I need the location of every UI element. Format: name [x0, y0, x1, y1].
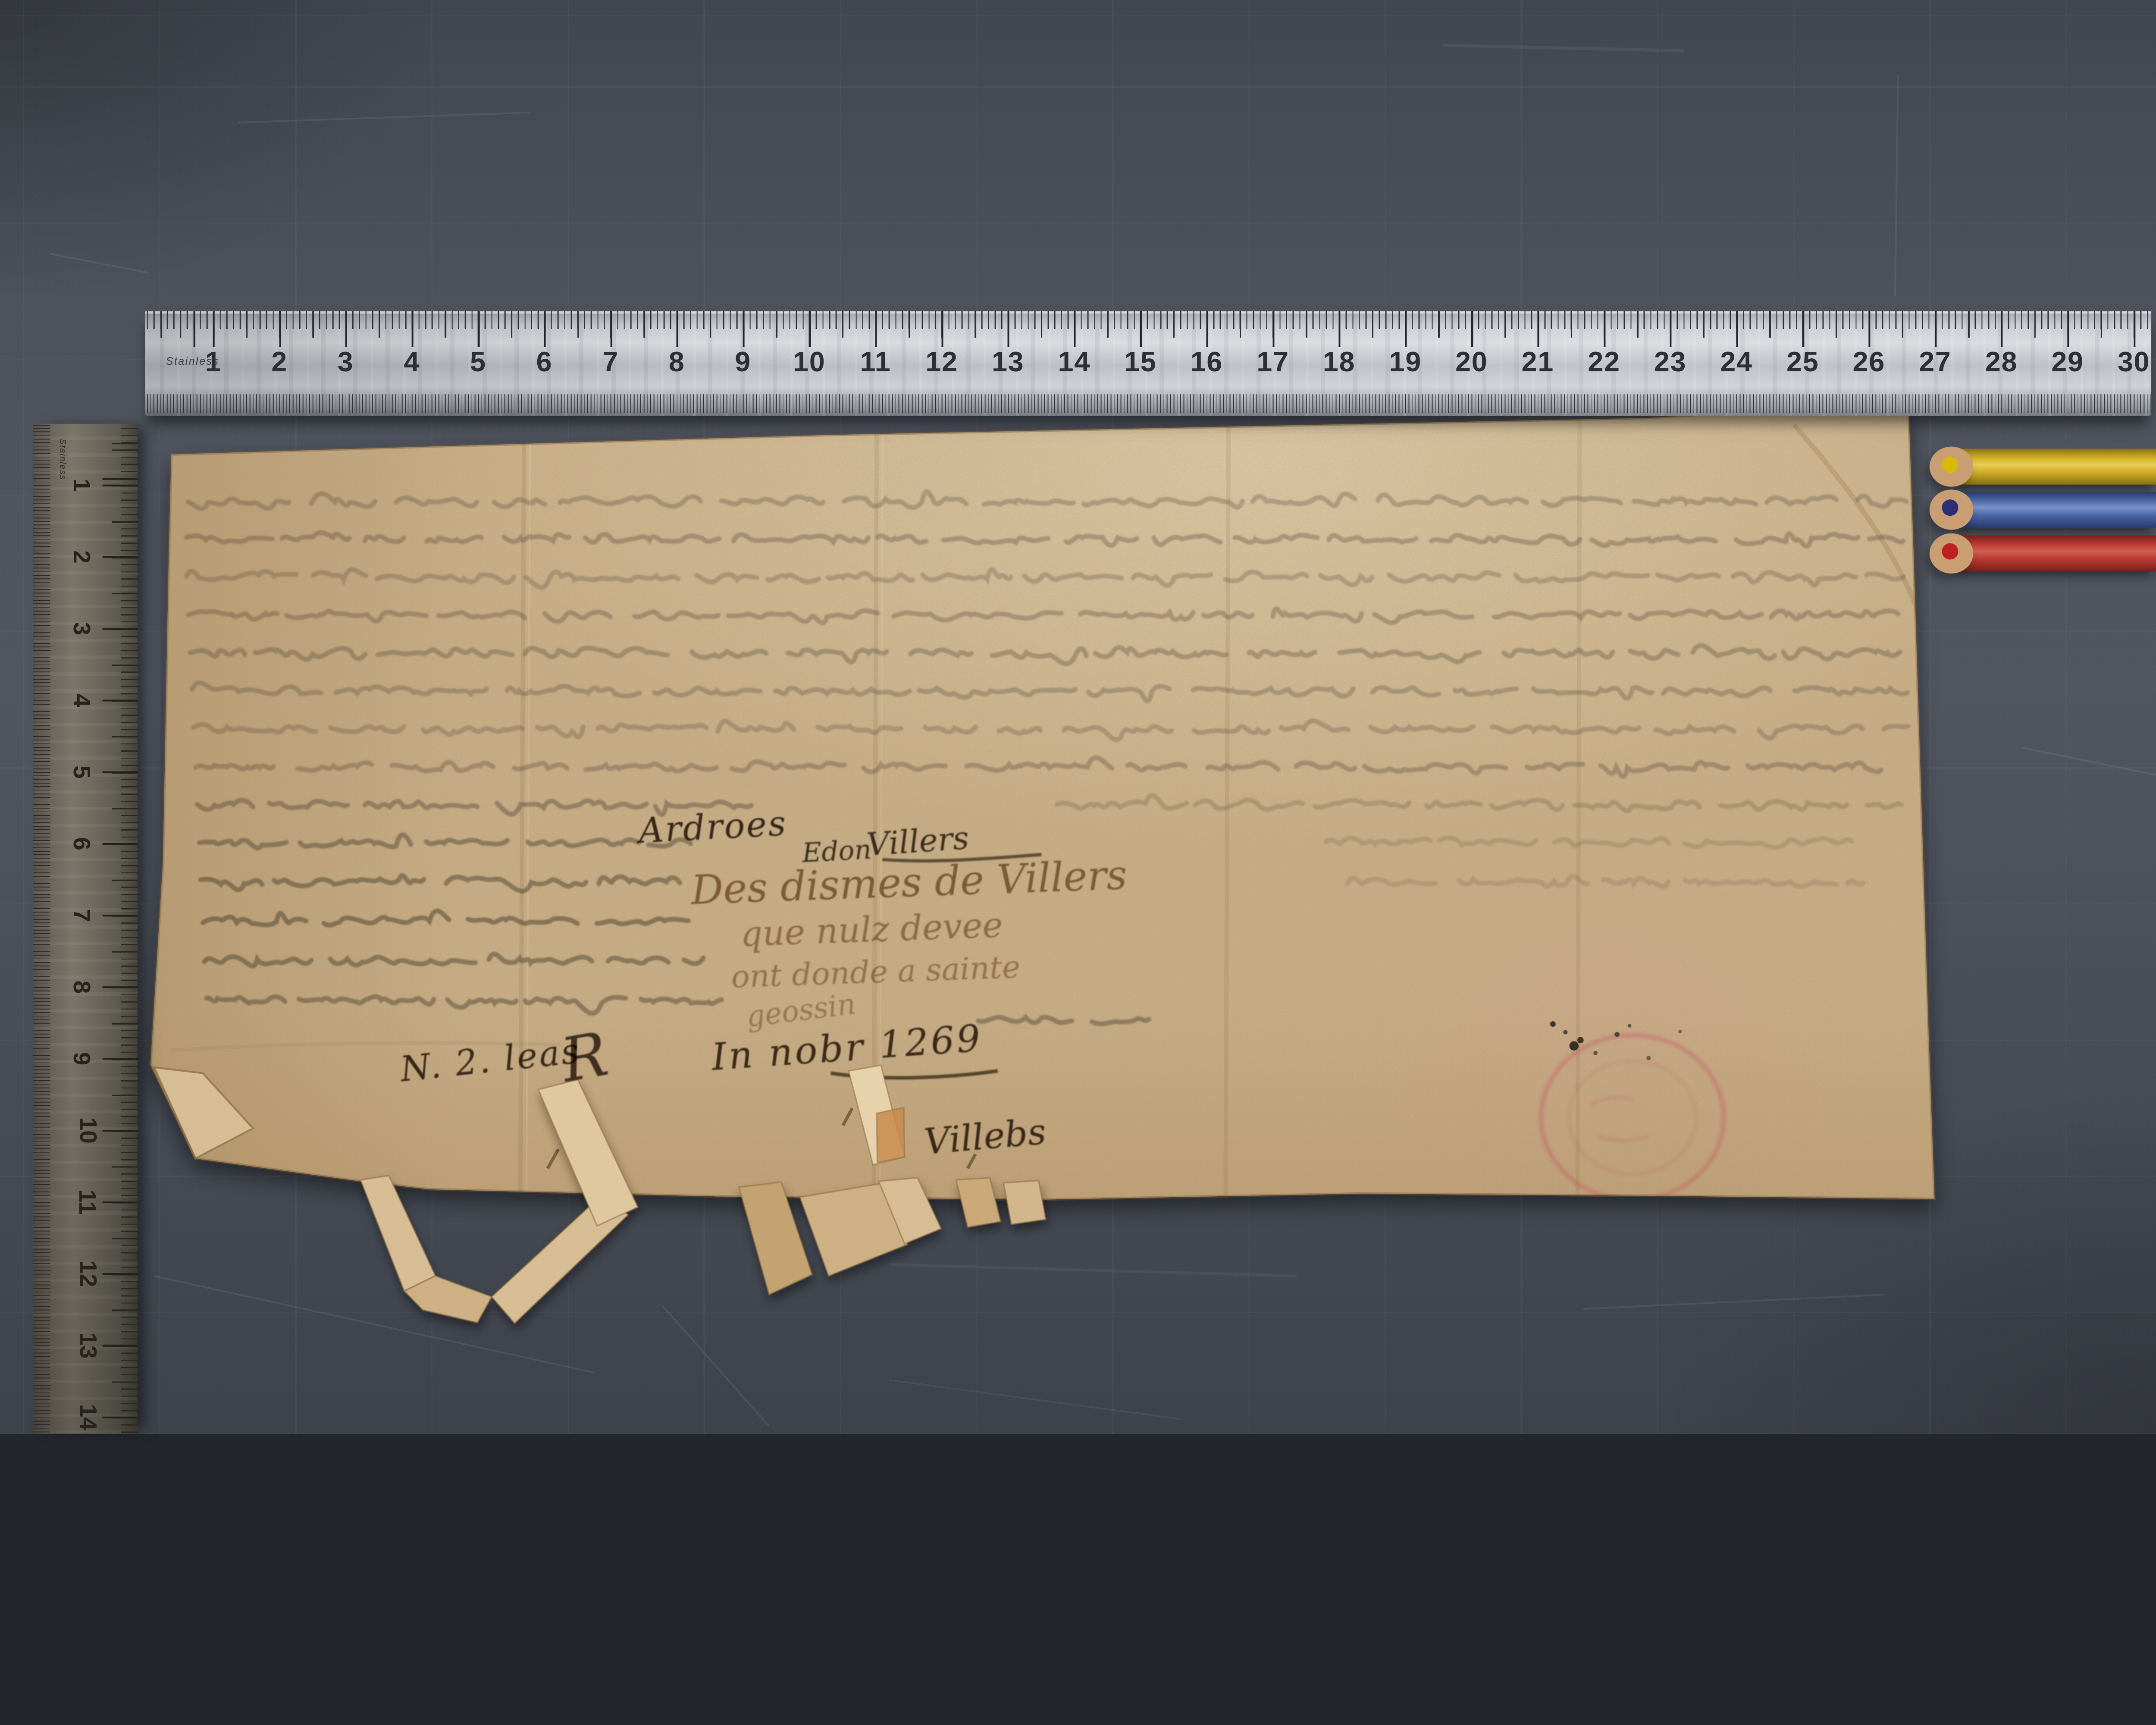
- left-ruler-number: 13: [75, 1333, 102, 1359]
- top-ruler-number: 17: [1257, 345, 1289, 378]
- top-ruler-number: 25: [1786, 345, 1819, 378]
- top-ruler-number: 11: [860, 345, 891, 378]
- red-pencil: [1930, 533, 2156, 577]
- seal-tag: [1003, 1181, 1046, 1224]
- top-ruler-number: 22: [1588, 345, 1620, 378]
- top-ruler-number: 6: [536, 345, 553, 378]
- left-ruler-number: 10: [75, 1117, 102, 1144]
- ruler-brand-label: Stainless: [57, 439, 67, 480]
- top-ruler-number: 30: [2118, 345, 2150, 378]
- top-ruler-number: 16: [1191, 345, 1223, 378]
- top-ruler-number: 2: [271, 345, 288, 378]
- top-ruler-number: 5: [470, 345, 486, 378]
- top-ruler-number: 13: [992, 345, 1024, 378]
- top-ruler: Stainless 123456789101112131415161718192…: [145, 311, 2152, 416]
- left-ruler-number: 4: [68, 694, 95, 707]
- left-ruler-number: 7: [68, 909, 95, 922]
- top-ruler-number: 10: [793, 345, 825, 378]
- top-ruler-number: 20: [1455, 345, 1488, 378]
- left-ruler-number: 3: [68, 622, 95, 636]
- left-ruler-number: 9: [68, 1052, 95, 1066]
- centimeter-ticks: [145, 311, 2152, 347]
- top-ruler-number: 1: [205, 345, 222, 378]
- top-ruler-number: 27: [1919, 345, 1951, 378]
- top-ruler-number: 14: [1058, 345, 1090, 378]
- top-ruler-number: 3: [338, 345, 354, 378]
- half-millimeter-ticks: [145, 394, 2152, 413]
- annotation-ardroes: Ardroes: [638, 803, 788, 851]
- half-millimeter-ticks: [33, 423, 50, 1433]
- left-ruler-number: 8: [68, 981, 95, 994]
- centimeter-ticks: [103, 423, 138, 1433]
- top-ruler-number: 9: [735, 345, 751, 378]
- yellow-pencil: [1930, 447, 2156, 490]
- top-ruler-number: 24: [1720, 345, 1752, 378]
- top-ruler-number: 28: [1985, 345, 2018, 378]
- left-ruler-number: 6: [68, 837, 95, 850]
- top-ruler-number: 26: [1853, 345, 1885, 378]
- yellow-pencil-body: [1955, 449, 2156, 485]
- blue-pencil-body: [1955, 492, 2156, 527]
- yellow-pencil-tip: [1930, 447, 1973, 487]
- left-ruler-number: 14: [75, 1404, 102, 1430]
- left-ruler-number: 11: [74, 1190, 101, 1215]
- left-ruler: Stainless 1234567891011121314: [33, 423, 138, 1433]
- annotation-villers-top: Villers: [865, 819, 970, 863]
- blue-pencil: [1930, 489, 2156, 533]
- top-ruler-number: 12: [925, 345, 958, 378]
- top-ruler-number: 15: [1124, 345, 1156, 378]
- blue-pencil-tip: [1930, 489, 1973, 530]
- photo-stage: Stainless 123456789101112131415161718192…: [0, 0, 2156, 1433]
- left-ruler-number: 5: [68, 765, 95, 779]
- top-ruler-number: 18: [1323, 345, 1355, 378]
- top-ruler-number: 8: [669, 345, 685, 378]
- red-pencil-tip: [1930, 533, 1973, 574]
- seal-tag: [360, 1176, 436, 1291]
- top-ruler-number: 21: [1522, 345, 1554, 378]
- left-ruler-number: 2: [68, 550, 95, 564]
- scene-graphics: [0, 0, 2156, 1433]
- left-ruler-number: 12: [75, 1261, 102, 1287]
- top-ruler-number: 4: [404, 345, 420, 378]
- left-ruler-number: 1: [68, 479, 95, 492]
- red-pencil-body: [1955, 536, 2156, 571]
- top-ruler-number: 7: [602, 345, 619, 378]
- top-ruler-number: 29: [2051, 345, 2084, 378]
- top-ruler-number: 23: [1654, 345, 1686, 378]
- top-ruler-number: 19: [1389, 345, 1421, 378]
